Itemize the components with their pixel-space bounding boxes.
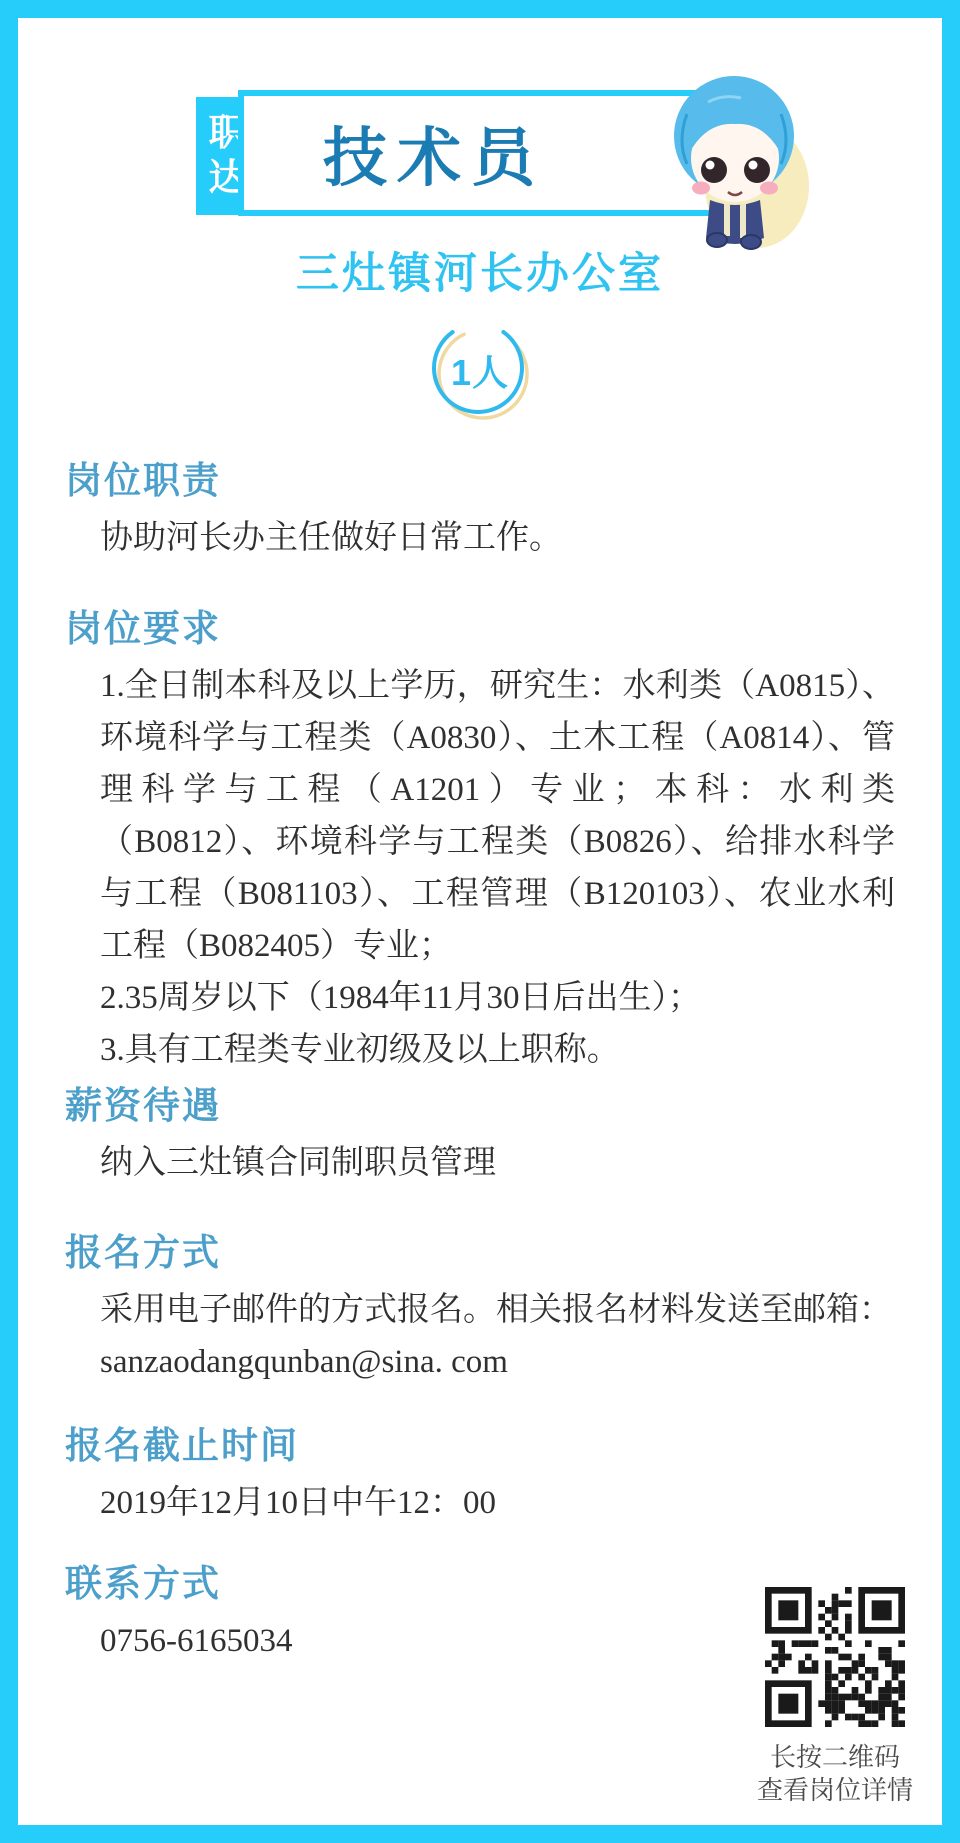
- section-deadline: 报名截止时间 2019年12月10日中午12：00: [65, 1415, 895, 1529]
- section-requirements: 岗位要求 1.全日制本科及以上学历，研究生：水利类（A0815）、环境科学与工程…: [65, 598, 895, 1076]
- section-application-method: 报名方式 采用电子邮件的方式报名。相关报名材料发送至邮箱： sanzaodang…: [65, 1222, 895, 1388]
- section-heading: 报名截止时间: [65, 1415, 895, 1469]
- application-email: sanzaodangqunban@sina. com: [100, 1336, 895, 1388]
- section-responsibilities: 岗位职责 协助河长办主任做好日常工作。: [65, 450, 895, 564]
- qr-code[interactable]: [765, 1587, 905, 1727]
- qr-block: 长按二维码 查看岗位详情: [755, 1587, 915, 1807]
- deadline-value: 2019年12月10日中午12：00: [100, 1477, 895, 1529]
- qr-caption-line-2: 查看岗位详情: [755, 1774, 915, 1807]
- mascot-illustration: [663, 56, 815, 254]
- headcount-badge: 1人: [425, 315, 535, 425]
- section-text: 3.具有工程类专业初级及以上职称。: [100, 1024, 895, 1076]
- section-text: 协助河长办主任做好日常工作。: [100, 512, 895, 564]
- mascot-boy-icon: [663, 56, 815, 254]
- section-heading: 报名方式: [65, 1222, 895, 1276]
- headcount-value: 1人: [425, 315, 535, 425]
- qr-caption-line-1: 长按二维码: [755, 1741, 915, 1774]
- section-heading: 岗位职责: [65, 450, 895, 504]
- job-title: 技术员: [323, 107, 545, 199]
- job-posting-poster: 职 达 技术员 三灶镇河长办公室: [0, 0, 960, 1843]
- section-salary: 薪资待遇 纳入三灶镇合同制职员管理: [65, 1075, 895, 1189]
- section-text: 采用电子邮件的方式报名。相关报名材料发送至邮箱：: [100, 1284, 895, 1336]
- section-text: 纳入三灶镇合同制职员管理: [100, 1137, 895, 1189]
- section-text: 2.35周岁以下（1984年11月30日后出生）；: [100, 972, 895, 1024]
- section-heading: 薪资待遇: [65, 1075, 895, 1129]
- section-text: 1.全日制本科及以上学历，研究生：水利类（A0815）、环境科学与工程类（A08…: [100, 660, 895, 972]
- section-heading: 岗位要求: [65, 598, 895, 652]
